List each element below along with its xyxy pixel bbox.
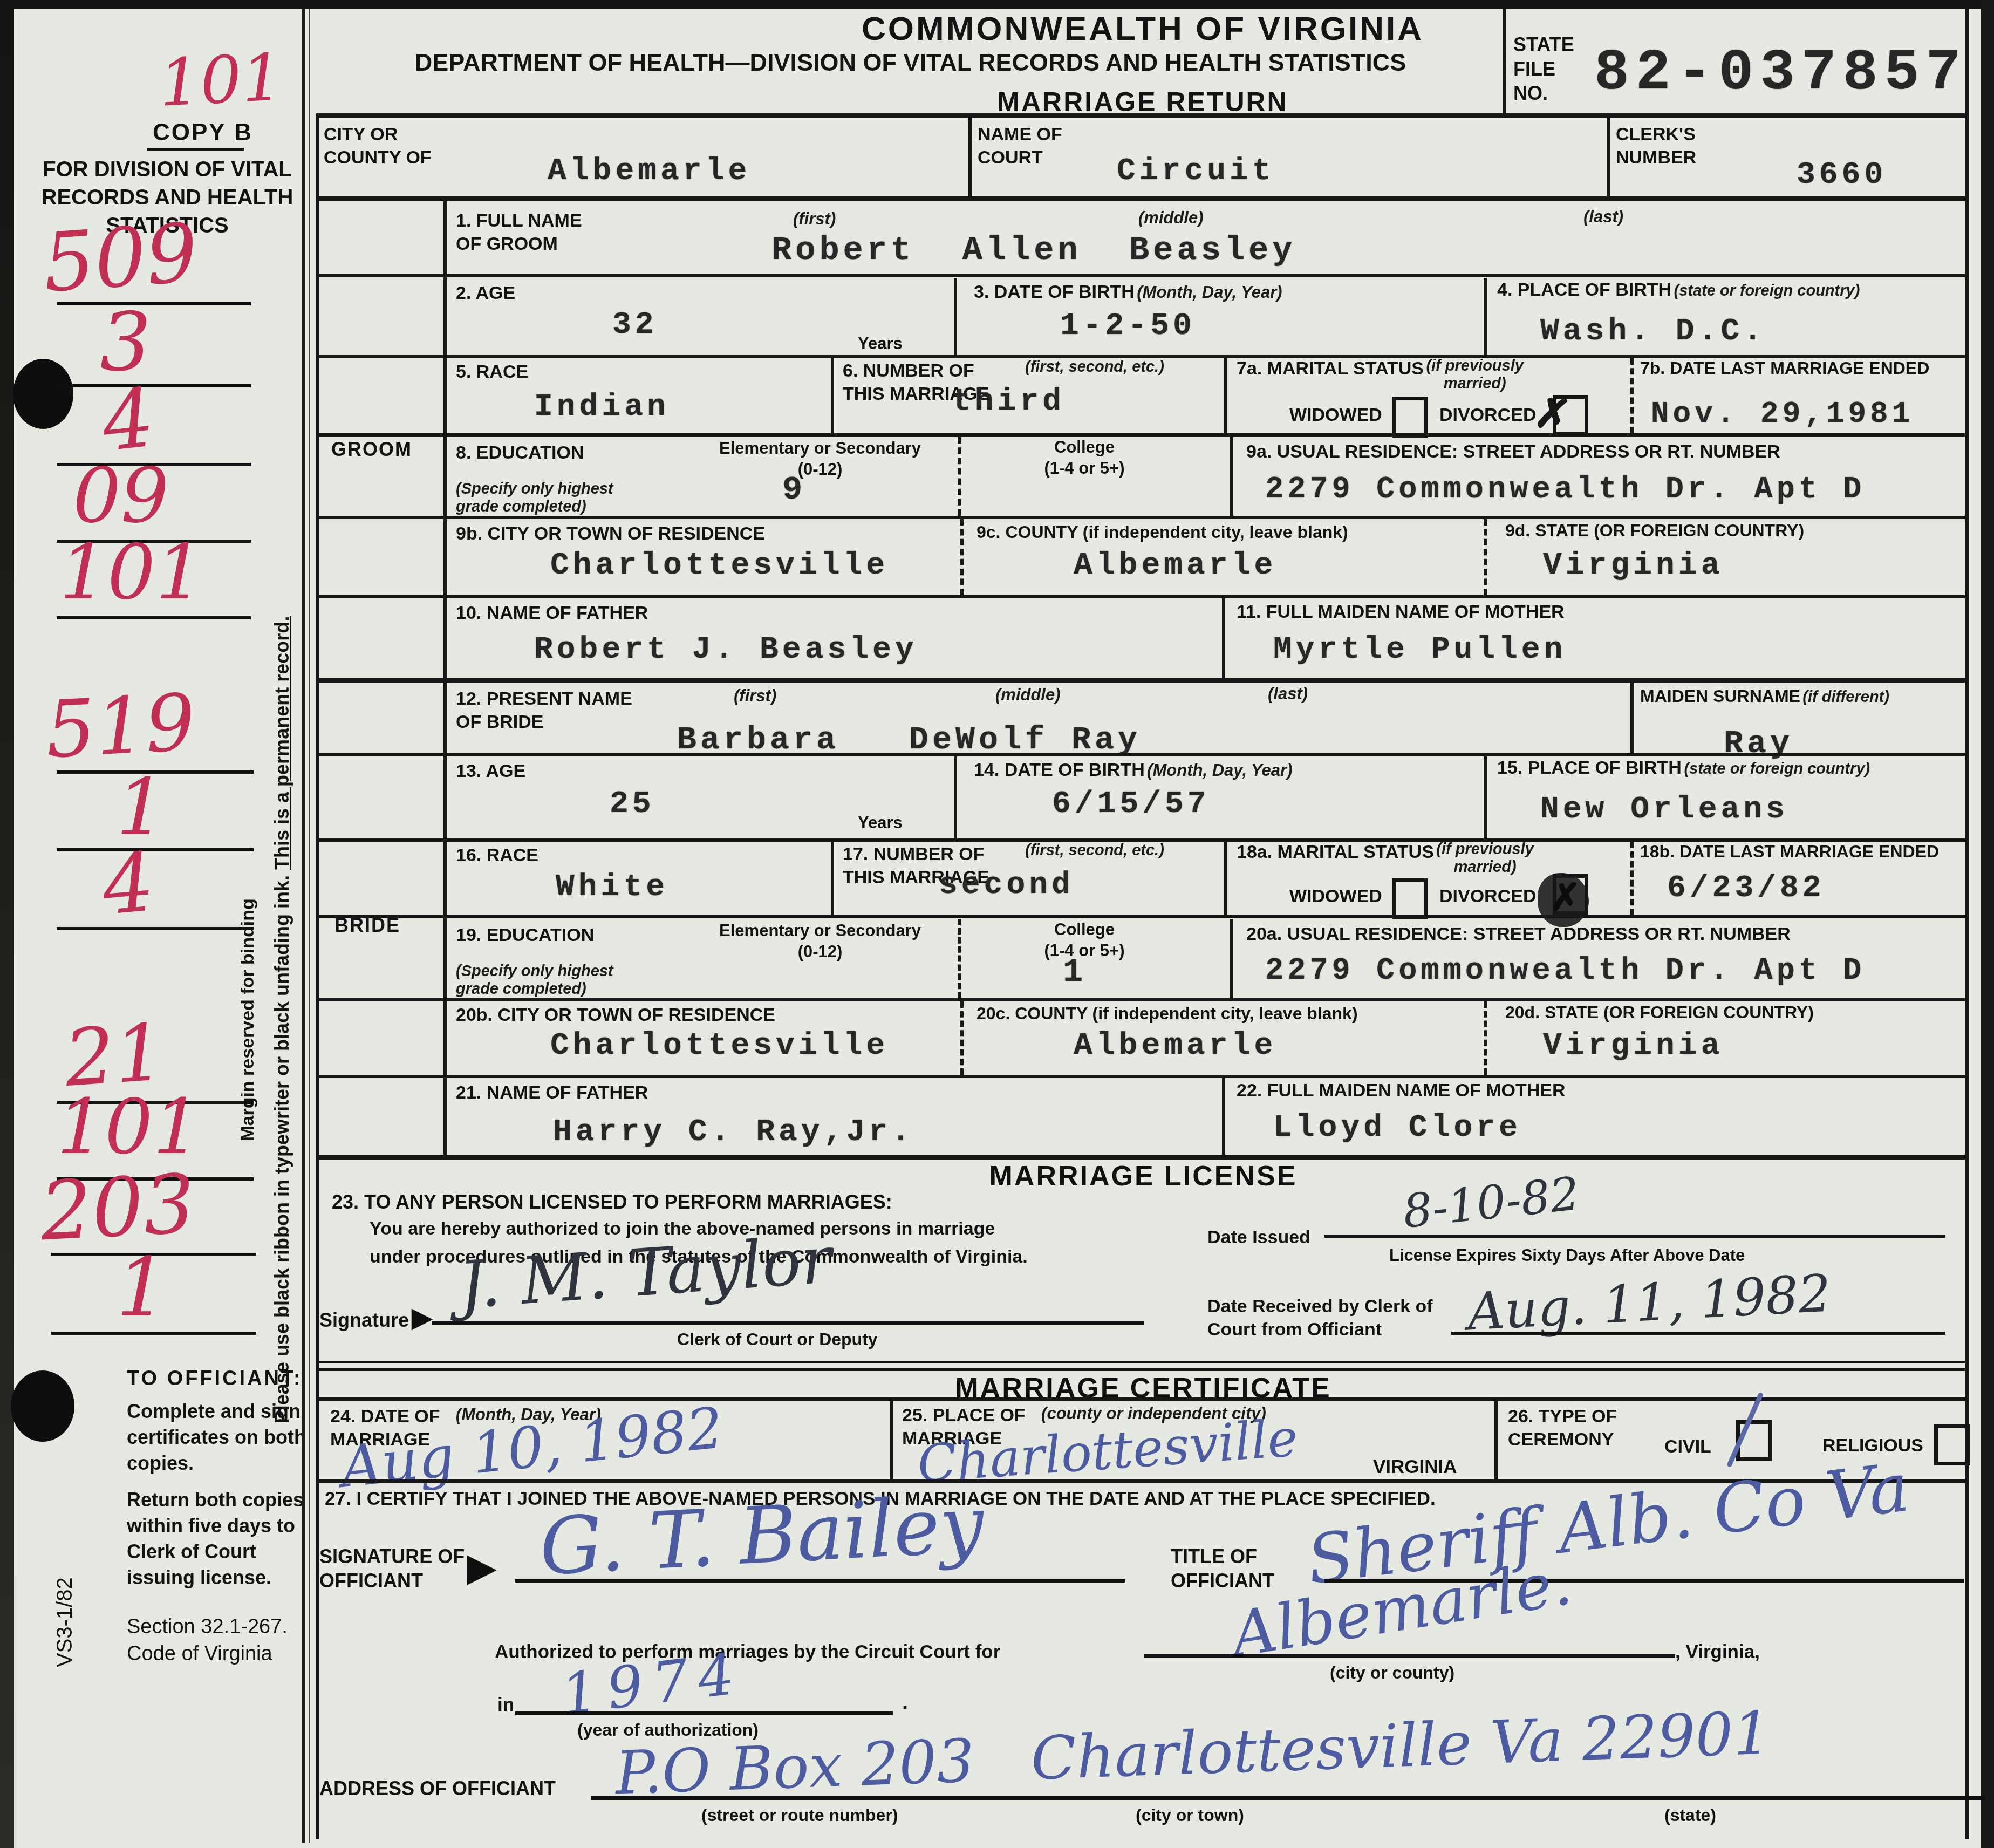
divider-line: [1230, 919, 1233, 998]
margin-red-number: 4: [99, 835, 158, 933]
margin-red-number: 519: [44, 677, 197, 776]
marital-status-label: 18a. MARITAL STATUS: [1237, 842, 1434, 862]
marriage-num-hint: (first, second, etc.): [1025, 842, 1164, 860]
date-issued-label: Date Issued: [1207, 1226, 1310, 1249]
bride-college-value: 1: [1063, 953, 1087, 991]
divider-line: [958, 919, 961, 998]
divider-line: [1630, 683, 1634, 753]
bride-residence-label: 20a. USUAL RESIDENCE: STREET ADDRESS OR …: [1246, 923, 1791, 946]
bride-city-value: Charlottesville: [550, 1028, 889, 1063]
divider-line: [960, 1001, 964, 1075]
divider-line: [318, 595, 1968, 598]
first-hint: (first): [734, 686, 776, 706]
dob-label: 3. DATE OF BIRTH: [974, 282, 1135, 302]
groom-race-label: 5. RACE: [456, 360, 528, 384]
groom-elementary-value: 9: [782, 470, 806, 509]
ledger-line: [57, 302, 251, 305]
first-hint: (first): [793, 209, 836, 229]
write-in-line: [591, 1796, 1985, 1800]
groom-mother-label: 11. FULL MAIDEN NAME OF MOTHER: [1237, 601, 1565, 624]
state-file-number: 82-037857: [1594, 40, 1967, 106]
marital-hint: (if previously married): [1436, 841, 1534, 876]
years-label: Years: [858, 333, 903, 354]
street-hint: (street or route number): [701, 1804, 898, 1826]
bride-pob-label: 15. PLACE OF BIRTH (state or foreign cou…: [1497, 756, 1870, 780]
divider-line: [960, 519, 964, 595]
groom-state-value: Virginia: [1543, 548, 1723, 583]
write-in-line: [1144, 1654, 1675, 1658]
ink-note-text: Please use black ribbon in typewriter or…: [271, 870, 293, 1423]
margin-red-number: 509: [40, 206, 201, 311]
divider-line: [318, 274, 1968, 277]
officiant-title-label: TITLE OF OFFICIANT: [1171, 1544, 1274, 1593]
maiden-surname-label: MAIDEN SURNAME (if different): [1640, 685, 1889, 707]
widowed-checkbox: [1392, 878, 1428, 919]
divider-line: [831, 358, 834, 433]
copy-label: COPY B: [153, 118, 253, 147]
bride-marriage-num-value: second: [939, 868, 1074, 903]
bride-age-value: 25: [610, 787, 655, 822]
groom-section-label: GROOM: [331, 437, 412, 461]
divider-line: [1224, 842, 1227, 915]
clerks-number-label: CLERK'S NUMBER: [1616, 123, 1696, 169]
statute-reference: Section 32.1-267. Code of Virginia: [127, 1613, 288, 1667]
margin-number-top: 101: [158, 40, 285, 121]
pob-hint: (state or foreign country): [1684, 760, 1870, 778]
divider-line: [1630, 358, 1634, 433]
bride-dob-value: 6/15/57: [1052, 787, 1210, 822]
divider-line: [831, 842, 834, 915]
ledger-line: [51, 1332, 256, 1335]
city-town-hint: (city or town): [1136, 1804, 1244, 1826]
groom-ended-label: 7b. DATE LAST MARRIAGE ENDED: [1640, 357, 1929, 379]
years-label: Years: [858, 813, 903, 834]
divider-line: [890, 1401, 893, 1479]
groom-dob-value: 1-2-50: [1060, 309, 1196, 344]
divider-line: [1224, 358, 1227, 433]
elementary-label: Elementary or Secondary (0-12): [669, 920, 971, 963]
scan-edge-right: [1981, 0, 1994, 1848]
margin-red-number: 101: [59, 529, 203, 617]
virginia-suffix: , Virginia,: [1675, 1640, 1760, 1664]
groom-residence-value: 2279 Commonwealth Dr. Apt D: [1265, 473, 1866, 507]
divider-line: [1494, 1401, 1498, 1479]
place-state-printed: VIRGINIA: [1373, 1455, 1457, 1479]
form-code: VS3-1/82: [51, 1495, 78, 1667]
groom-mother-value: Myrtle Pullen: [1273, 632, 1566, 667]
bride-age-label: 13. AGE: [456, 760, 525, 783]
form-border-right: [1965, 9, 1969, 1839]
department-subtitle: DEPARTMENT OF HEALTH—DIVISION OF VITAL R…: [318, 49, 1503, 77]
groom-education-label: 8. EDUCATION: [456, 441, 584, 465]
divider-line: [318, 678, 1968, 683]
bride-race-value: White: [556, 870, 668, 905]
divider-line: [968, 118, 972, 196]
divider-line: [1222, 1078, 1225, 1155]
margin-red-number: 09: [73, 452, 169, 540]
divider-line: [1484, 756, 1487, 838]
civil-label: CIVIL: [1664, 1435, 1711, 1458]
signature-label: Signature: [319, 1309, 409, 1331]
divider-line: [318, 1368, 1968, 1371]
bride-father-label: 21. NAME OF FATHER: [456, 1081, 648, 1104]
groom-race-value: Indian: [534, 390, 670, 425]
divider-line: [1630, 842, 1634, 915]
divider-line: [318, 1075, 1968, 1078]
date-received-label: Date Received by Clerk of Court from Off…: [1207, 1295, 1433, 1341]
write-in-line: [1451, 1332, 1945, 1335]
officiant-signature-label: SIGNATURE OF OFFICIANT: [319, 1544, 465, 1593]
punch-hole: [11, 1370, 74, 1442]
groom-marital-label: 7a. MARITAL STATUS (if previously marrie…: [1237, 357, 1524, 393]
groom-state-label: 9d. STATE (OR FOREIGN COUNTRY): [1505, 520, 1804, 541]
divider-line: [1484, 1001, 1487, 1075]
maiden-label: MAIDEN SURNAME: [1640, 686, 1800, 706]
bride-residence-value: 2279 Commonwealth Dr. Apt D: [1265, 954, 1866, 988]
divider-line: [318, 113, 1968, 118]
groom-city-value: Charlottesville: [550, 548, 889, 583]
court-value: Circuit: [1117, 154, 1275, 189]
ledger-line: [57, 927, 254, 930]
clerk-signature-caption: Clerk of Court or Deputy: [677, 1328, 878, 1350]
divider-line: [1607, 118, 1610, 196]
pob-label: 4. PLACE OF BIRTH: [1497, 279, 1671, 300]
bride-state-label: 20d. STATE (OR FOREIGN COUNTRY): [1505, 1001, 1814, 1023]
divorced-checkbox-mark-glyph: ✗: [1549, 875, 1581, 919]
groom-age-value: 32: [612, 308, 658, 343]
clerks-number-value: 3660: [1797, 158, 1887, 193]
education-hint: (Specify only highest grade completed): [456, 480, 613, 516]
city-county-label: CITY OR COUNTY OF: [324, 123, 432, 169]
in-label: in: [497, 1693, 514, 1717]
dob-hint: (Month, Day, Year): [1137, 283, 1282, 302]
marital-status-label: 7a. MARITAL STATUS: [1237, 358, 1424, 379]
marital-hint: (if previously married): [1426, 357, 1524, 393]
write-in-line: [515, 1579, 1125, 1583]
divider-line: [1503, 9, 1506, 114]
marriage-num-hint: (first, second, etc.): [1025, 358, 1164, 376]
date-received-value: Aug. 11, 1982: [1466, 1264, 1833, 1342]
write-in-line: [515, 1711, 893, 1715]
widowed-label: WIDOWED: [1289, 885, 1382, 908]
ink-note-emphasis: This is a permanent record.: [271, 616, 293, 870]
officiant-signature-label-row: SIGNATURE OF OFFICIANT ▶: [319, 1544, 497, 1593]
groom-pob-label: 4. PLACE OF BIRTH (state or foreign coun…: [1497, 278, 1860, 302]
college-label: College (1-4 or 5+): [971, 437, 1198, 479]
margin-border: [302, 9, 305, 1843]
widowed-checkbox: [1392, 397, 1428, 438]
groom-name-value: Robert Allen Beasley: [771, 231, 1296, 269]
maiden-hint: (if different): [1802, 688, 1889, 706]
divider-line: [318, 1397, 1968, 1401]
divider-line: [318, 1155, 1968, 1160]
divider-line: [318, 915, 1968, 918]
bride-name-label: 12. PRESENT NAME OF BRIDE: [456, 687, 632, 733]
bride-dob-label: 14. DATE OF BIRTH (Month, Day, Year): [974, 759, 1292, 782]
period-mark: .: [902, 1689, 908, 1716]
groom-county-value: Albemarle: [1074, 548, 1276, 583]
bride-county-label: 20c. COUNTY (if independent city, leave …: [976, 1003, 1358, 1024]
marriage-return-document: 101 COPY B FOR DIVISION OF VITAL RECORDS…: [0, 0, 1994, 1848]
last-hint: (last): [1583, 207, 1623, 227]
divider-line: [958, 437, 961, 516]
divider-line: [954, 756, 957, 838]
city-county-value: Albemarle: [548, 154, 750, 189]
margin-red-number: 1: [116, 1241, 167, 1335]
divider-line: [1222, 598, 1225, 678]
write-in-line: [1324, 1235, 1945, 1238]
state-file-label: STATE FILE NO.: [1513, 32, 1574, 105]
pob-label: 15. PLACE OF BIRTH: [1497, 758, 1682, 778]
groom-age-label: 2. AGE: [456, 282, 515, 305]
ink-note: Please use black ribbon in typewriter or…: [271, 440, 293, 1600]
groom-father-label: 10. NAME OF FATHER: [456, 602, 648, 625]
binding-note: Margin reserved for binding: [236, 777, 260, 1263]
license-item23: 23. TO ANY PERSON LICENSED TO PERFORM MA…: [332, 1190, 892, 1214]
bride-ended-value: 6/23/82: [1667, 871, 1825, 906]
ledger-line: [57, 384, 251, 387]
city-county-hint: (city or county): [1330, 1662, 1454, 1683]
scan-edge-top: [0, 0, 1994, 9]
license-heading: MARRIAGE LICENSE: [318, 1160, 1968, 1192]
pointer-arrow-icon: ▶: [467, 1546, 497, 1589]
middle-hint: (middle): [1138, 208, 1204, 228]
widowed-label: WIDOWED: [1289, 404, 1382, 427]
address-of-officiant-label: ADDRESS OF OFFICIANT: [319, 1776, 556, 1801]
pob-hint: (state or foreign country): [1674, 282, 1860, 299]
divider-line: [318, 753, 1968, 756]
bride-race-label: 16. RACE: [456, 844, 538, 867]
divorced-label: DIVORCED: [1439, 885, 1536, 908]
expires-note: License Expires Sixty Days After Above D…: [1389, 1245, 1745, 1266]
education-hint: (Specify only highest grade completed): [456, 963, 613, 998]
write-in-line: [432, 1321, 1144, 1325]
groom-residence-label: 9a. USUAL RESIDENCE: STREET ADDRESS OR R…: [1246, 440, 1780, 463]
groom-marriage-num-value: third: [952, 384, 1065, 419]
divider-line: [318, 433, 1968, 437]
state-hint: (state): [1664, 1804, 1716, 1826]
groom-name-label: 1. FULL NAME OF GROOM: [456, 209, 582, 255]
divider-line: [954, 278, 957, 355]
groom-city-label: 9b. CITY OR TOWN OF RESIDENCE: [456, 522, 765, 545]
signature-label-row: Signature ▶: [319, 1301, 433, 1334]
bride-city-label: 20b. CITY OR TOWN OF RESIDENCE: [456, 1004, 775, 1027]
groom-father-value: Robert J. Beasley: [534, 632, 918, 667]
margin-border: [309, 9, 310, 1843]
bride-pob-value: New Orleans: [1540, 792, 1788, 827]
groom-dob-label: 3. DATE OF BIRTH (Month, Day, Year): [974, 281, 1282, 304]
ceremony-type-label: 26. TYPE OF CEREMONY: [1508, 1405, 1617, 1451]
divider-line: [147, 148, 244, 151]
ledger-line: [57, 848, 254, 851]
divider-line: [1230, 437, 1233, 516]
bride-education-label: 19. EDUCATION: [456, 924, 594, 947]
divider-line: [1484, 278, 1487, 355]
ledger-line: [57, 616, 251, 619]
last-hint: (last): [1268, 684, 1308, 704]
groom-pob-value: Wash. D.C.: [1540, 314, 1766, 349]
groom-county-label: 9c. COUNTY (if independent city, leave b…: [976, 521, 1348, 543]
divider-line: [1484, 519, 1487, 595]
court-label: NAME OF COURT: [978, 123, 1062, 169]
pointer-arrow-icon: ▶: [411, 1302, 433, 1333]
bride-county-value: Albemarle: [1074, 1028, 1276, 1063]
bride-ended-label: 18b. DATE LAST MARRIAGE ENDED: [1640, 841, 1939, 862]
groom-ended-value: Nov. 29,1981: [1651, 397, 1914, 431]
elementary-label: Elementary or Secondary (0-12): [669, 438, 971, 480]
dob-label: 14. DATE OF BIRTH: [974, 760, 1145, 780]
dob-hint: (Month, Day, Year): [1147, 761, 1292, 780]
middle-hint: (middle): [995, 685, 1061, 705]
divider-line: [318, 1361, 1968, 1363]
bride-state-value: Virginia: [1543, 1028, 1723, 1063]
bride-mother-label: 22. FULL MAIDEN NAME OF MOTHER: [1237, 1079, 1566, 1102]
scan-edge-left: [0, 0, 14, 1848]
divorced-label: DIVORCED: [1439, 404, 1536, 427]
religious-checkbox: [1934, 1424, 1970, 1465]
bride-marital-label: 18a. MARITAL STATUS (if previously marri…: [1237, 841, 1534, 876]
divider-line: [318, 516, 1968, 519]
bride-mother-value: Lloyd Clore: [1273, 1110, 1521, 1145]
divider-line: [318, 196, 1968, 201]
bride-father-value: Harry C. Ray,Jr.: [553, 1115, 914, 1150]
punch-hole: [13, 359, 73, 429]
